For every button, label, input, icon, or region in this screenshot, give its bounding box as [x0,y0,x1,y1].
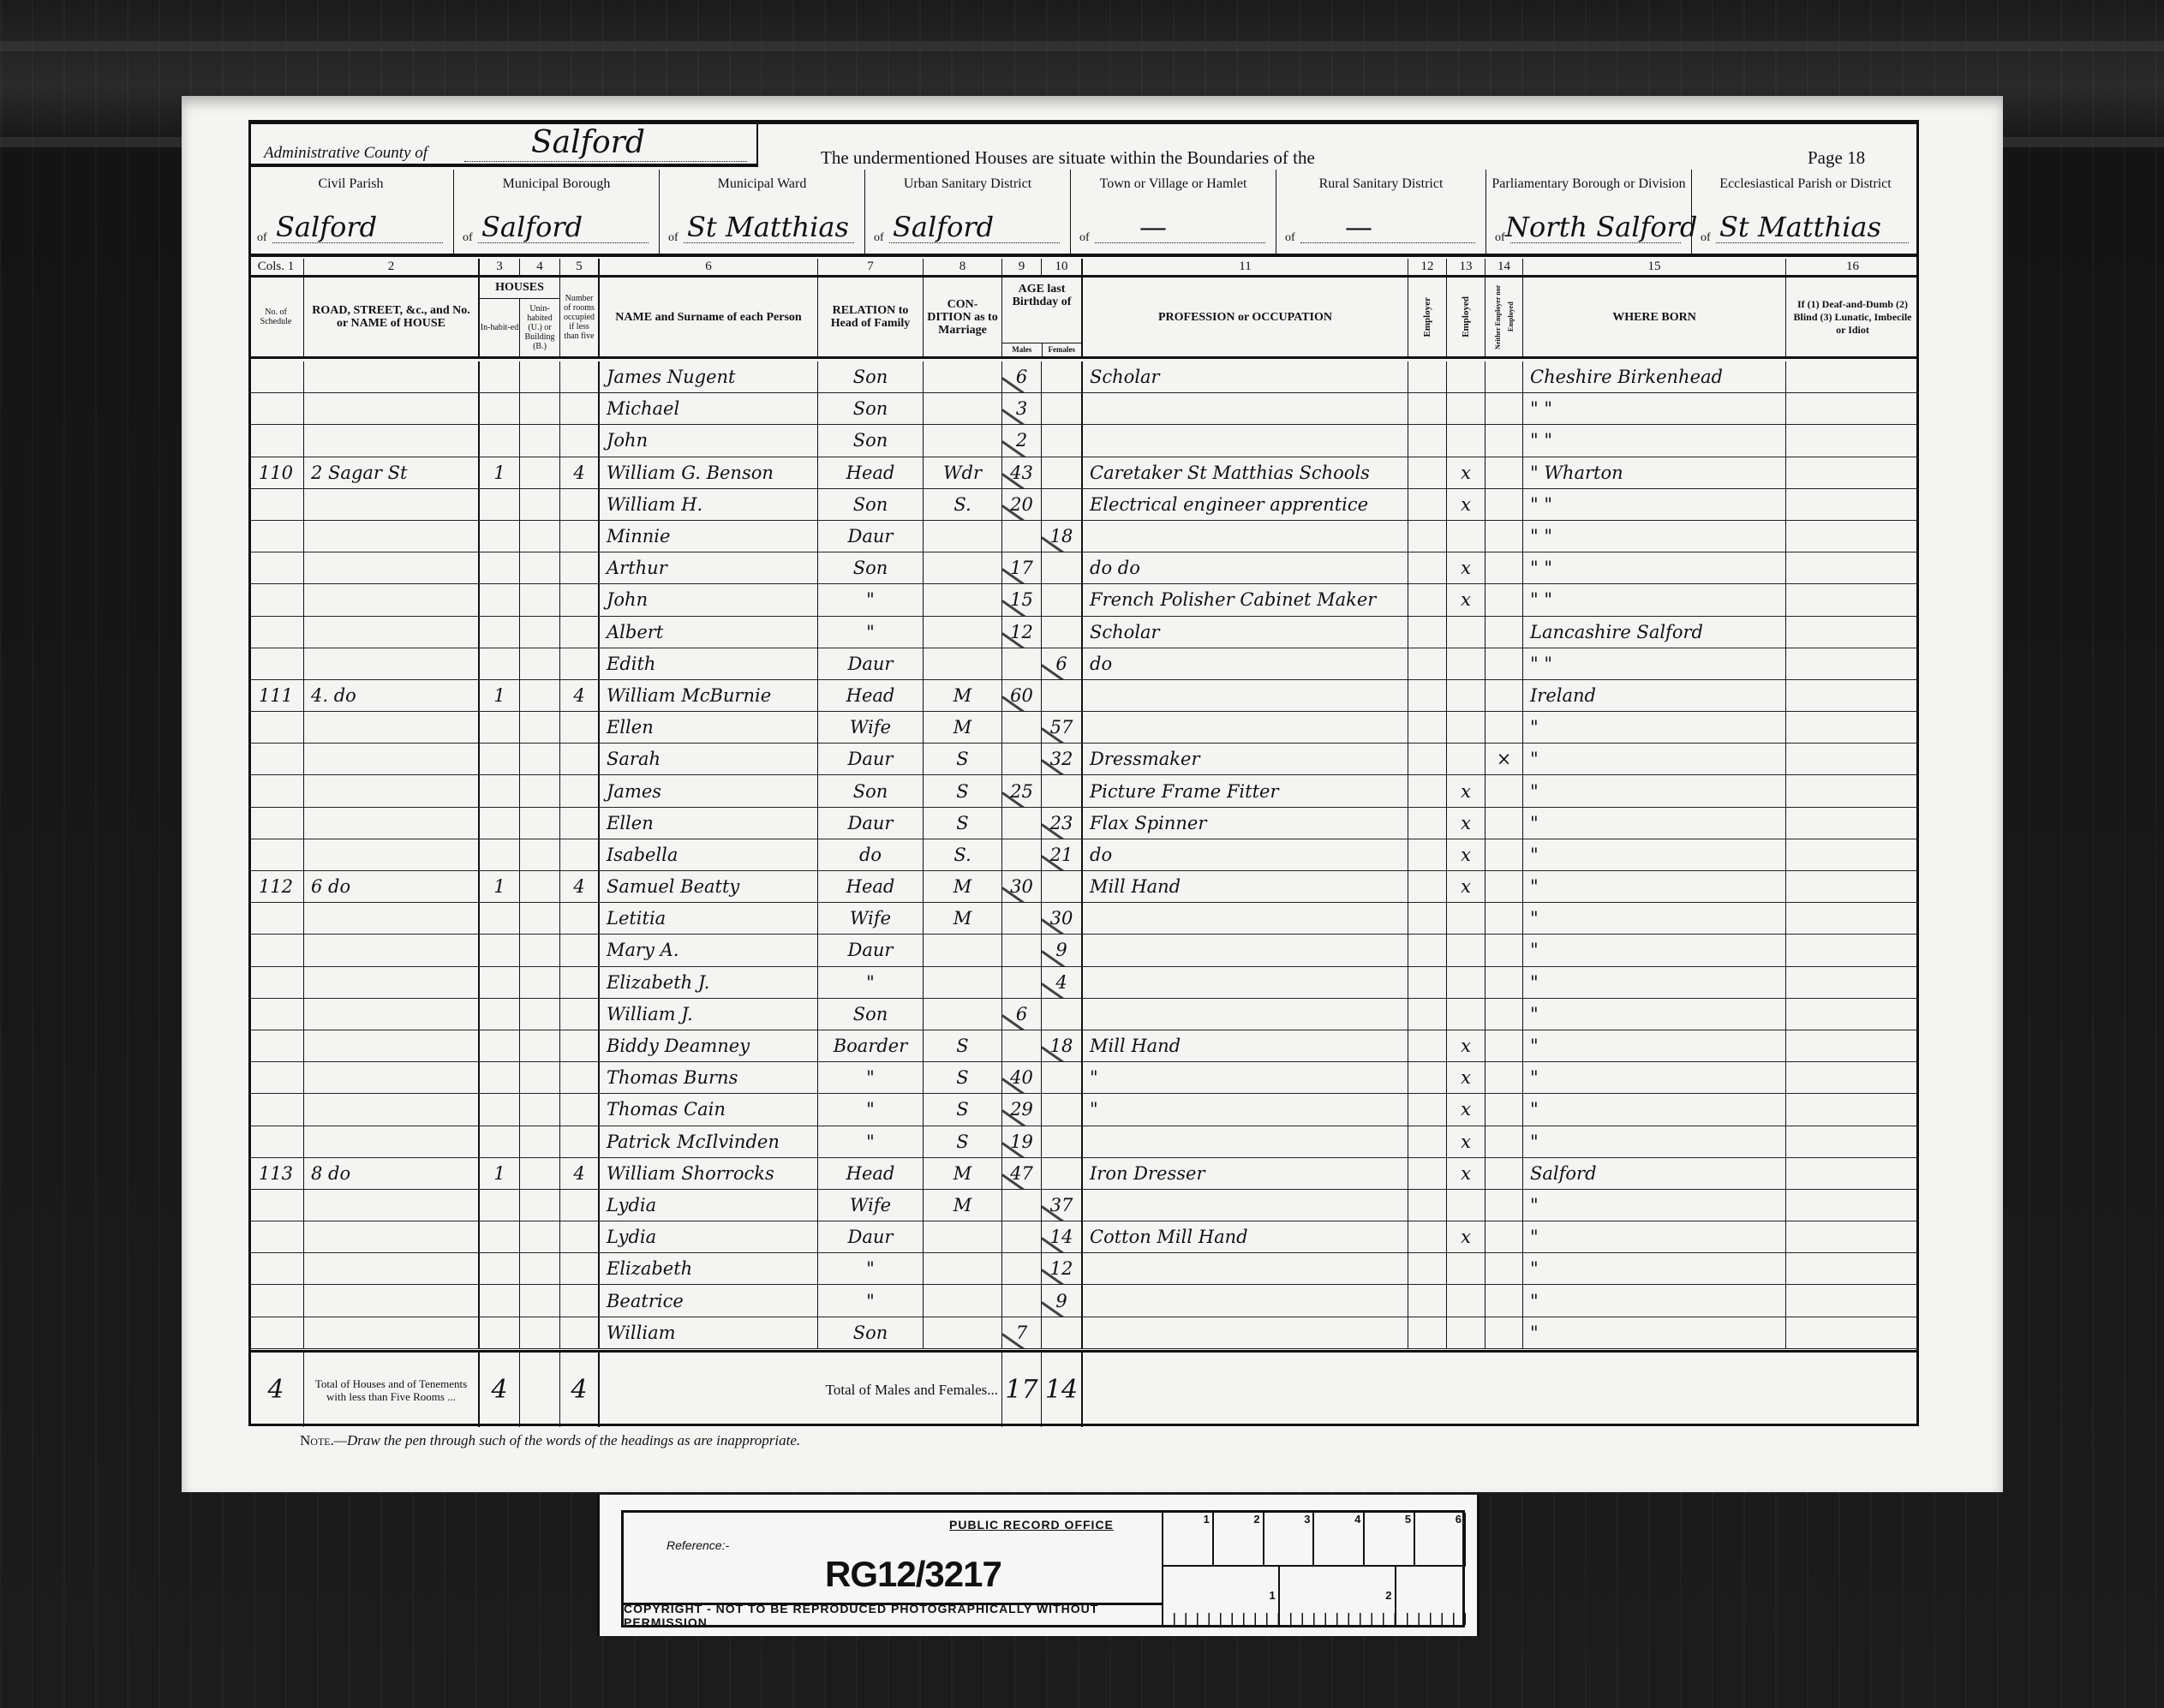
table-row: Beatrice"9" [248,1285,1919,1317]
condition-cell [924,1317,1002,1348]
tally-strike [1002,568,1042,583]
employed-cell [1447,712,1486,743]
age-female-cell: 23 [1042,808,1083,839]
infirmity-cell [1786,999,1919,1030]
neither-cell [1486,1094,1523,1125]
occupation-cell [1083,1126,1408,1157]
uninhabited-cell [520,1285,560,1316]
where-born-cell: " [1523,712,1786,743]
name-cell: Isabella [600,839,818,870]
age-female-cell [1042,680,1083,711]
relation-cell: Son [818,361,924,392]
district-of: of [1285,231,1295,245]
infirmity-cell [1786,935,1919,965]
occupation-cell: Mill Hand [1083,1030,1408,1061]
relation-cell: Son [818,425,924,456]
name-cell: James [600,775,818,806]
condition-cell: M [924,1190,1002,1221]
relation-cell: Son [818,1317,924,1348]
employer-cell [1408,967,1447,998]
employer-cell [1408,999,1447,1030]
employer-cell [1408,935,1447,965]
occupation-cell: Electrical engineer apprentice [1083,489,1408,520]
schedule-cell [248,1126,304,1157]
age-male-cell: 30 [1002,871,1042,902]
age-male-cell: 15 [1002,584,1042,615]
col-num: 16 [1786,259,1919,275]
reference-label: PUBLIC RECORD OFFICE Reference:- RG12/32… [597,1495,1480,1636]
road-cell [304,1190,480,1221]
table-row: Elizabeth J."4" [248,967,1919,999]
condition-cell [924,393,1002,424]
occupation-cell: Caretaker St Matthias Schools [1083,457,1408,488]
relation-cell: Head [818,1158,924,1189]
rooms-cell [560,489,600,520]
table-row: SarahDaurS32Dressmaker×" [248,744,1919,775]
schedule-cell: 113 [248,1158,304,1189]
employed-cell [1447,361,1486,392]
age-female-cell: 9 [1042,1285,1083,1316]
inhabited-cell [480,521,520,552]
schedule-cell [248,584,304,615]
rooms-cell: 4 [560,457,600,488]
tally-strike [1002,791,1042,807]
where-born-cell: " [1523,775,1786,806]
reference-word: Reference:- [667,1538,729,1552]
road-cell: 2 Sagar St [304,457,480,488]
tally-strike [1042,823,1083,839]
heading-age-label: AGE last Birthday of [1004,283,1079,308]
infirmity-cell [1786,393,1919,424]
neither-cell [1486,552,1523,583]
age-male-cell: 2 [1002,425,1042,456]
tally-strike [1002,887,1042,902]
where-born-cell: " " [1523,552,1786,583]
total-males: 17 [1002,1353,1042,1427]
tally-strike [1042,1046,1083,1061]
employed-cell [1447,617,1486,648]
table-row: EllenWifeM57" [248,712,1919,744]
condition-cell: Wdr [924,457,1002,488]
employer-cell [1408,1317,1447,1348]
occupation-cell: Picture Frame Fitter [1083,775,1408,806]
name-cell: Michael [600,393,818,424]
rooms-cell [560,1030,600,1061]
infirmity-cell [1786,1062,1919,1093]
condition-cell [924,1285,1002,1316]
relation-cell: Daur [818,648,924,679]
relation-cell: Wife [818,903,924,934]
neither-cell [1486,361,1523,392]
road-cell [304,712,480,743]
infirmity-cell [1786,839,1919,870]
uninhabited-cell [520,584,560,615]
inhabited-cell [480,1062,520,1093]
where-born-cell: " [1523,1094,1786,1125]
name-cell: Lydia [600,1221,818,1252]
infirmity-cell [1786,552,1919,583]
age-female-cell [1042,393,1083,424]
uninhabited-cell [520,1221,560,1252]
where-born-cell: " " [1523,489,1786,520]
inhabited-cell [480,361,520,392]
table-row: 1138 do14William ShorrocksHeadM47Iron Dr… [248,1158,1919,1190]
rooms-cell [560,425,600,456]
heading-females: Females [1043,343,1082,356]
road-cell [304,1253,480,1284]
neither-cell [1486,1221,1523,1252]
employed-cell [1447,393,1486,424]
neither-cell [1486,1253,1523,1284]
footnote-prefix: Note. [300,1432,334,1448]
uninhabited-cell [520,967,560,998]
name-cell: William McBurnie [600,680,818,711]
road-cell [304,1094,480,1125]
employer-cell [1408,361,1447,392]
name-cell: William [600,1317,818,1348]
infirmity-cell [1786,903,1919,934]
heading-houses: HOUSES In-habit-ed Unin-habited (U.) or … [480,278,560,356]
age-female-cell [1042,361,1083,392]
table-row: LydiaDaur14Cotton Mill Handx" [248,1221,1919,1253]
road-cell [304,775,480,806]
relation-cell: " [818,617,924,648]
employed-cell: x [1447,871,1486,902]
infirmity-cell [1786,967,1919,998]
relation-cell: Daur [818,1221,924,1252]
uninhabited-cell [520,617,560,648]
rooms-cell [560,808,600,839]
tally-strike [1042,664,1083,679]
age-female-cell: 18 [1042,1030,1083,1061]
inhabited-cell [480,1285,520,1316]
employer-cell [1408,1030,1447,1061]
district-value: Salford [276,211,377,243]
district-label: Civil Parish [248,176,453,191]
road-cell [304,935,480,965]
employer-cell [1408,584,1447,615]
road-cell: 6 do [304,871,480,902]
infirmity-cell [1786,1126,1919,1157]
occupation-cell: Flax Spinner [1083,808,1408,839]
neither-cell [1486,521,1523,552]
rooms-cell [560,935,600,965]
table-row: Mary A.Daur9" [248,935,1919,966]
ruler-mark: 1 [1163,1567,1280,1625]
name-cell: Lydia [600,1190,818,1221]
ruler-mark [1396,1567,1466,1625]
inhabited-cell [480,1221,520,1252]
neither-cell [1486,489,1523,520]
inhabited-cell [480,552,520,583]
employed-cell [1447,999,1486,1030]
occupation-cell: Cotton Mill Hand [1083,1221,1408,1252]
table-row: WilliamSon7" [248,1317,1919,1349]
where-born-cell: " " [1523,425,1786,456]
rooms-cell: 4 [560,871,600,902]
uninhabited-cell [520,680,560,711]
rooms-cell: 4 [560,680,600,711]
condition-cell [924,552,1002,583]
rooms-cell [560,1062,600,1093]
road-cell [304,999,480,1030]
infirmity-cell [1786,808,1919,839]
employed-cell: x [1447,1094,1486,1125]
age-male-cell: 25 [1002,775,1042,806]
employed-cell [1447,1285,1486,1316]
occupation-cell [1083,1317,1408,1348]
age-female-cell [1042,1158,1083,1189]
schedule-cell [248,1190,304,1221]
occupation-cell [1083,680,1408,711]
schedule-cell [248,1317,304,1348]
condition-cell: M [924,871,1002,902]
table-row: JamesSonS25Picture Frame Fitterx" [248,775,1919,807]
heading-condition: CON-DITION as to Marriage [924,278,1002,356]
neither-cell [1486,775,1523,806]
district-label: Municipal Ward [660,176,864,191]
heading-neither: Neither Employer nor Employed [1486,278,1523,356]
district-of: of [668,231,678,245]
tally-strike [1042,1301,1083,1317]
infirmity-cell [1786,744,1919,774]
schedule-cell [248,648,304,679]
neither-cell [1486,1190,1523,1221]
district-town-village: Town or Village or Hamlet of — [1071,170,1276,255]
condition-cell [924,1253,1002,1284]
name-cell: Thomas Cain [600,1094,818,1125]
relation-cell: " [818,1126,924,1157]
road-cell [304,393,480,424]
district-municipal-borough: Municipal Borough of Salford [454,170,660,255]
uninhabited-cell [520,489,560,520]
table-row: Biddy DeamneyBoarderS18Mill Handx" [248,1030,1919,1062]
condition-cell: S [924,1126,1002,1157]
infirmity-cell [1786,775,1919,806]
total-schedules: 4 [248,1353,304,1427]
name-cell: John [600,425,818,456]
schedule-cell [248,393,304,424]
neither-cell [1486,1030,1523,1061]
employer-cell [1408,1221,1447,1252]
occupation-cell [1083,393,1408,424]
schedule-cell [248,1221,304,1252]
where-born-cell: " [1523,1190,1786,1221]
condition-cell: S [924,808,1002,839]
col-num: 11 [1083,259,1408,275]
age-female-cell: 14 [1042,1221,1083,1252]
tally-strike [1002,441,1042,457]
age-female-cell [1042,871,1083,902]
tally-strike [1002,473,1042,488]
tally-strike [1002,1014,1042,1030]
age-female-cell: 30 [1042,903,1083,934]
col-num: 14 [1486,259,1523,275]
age-male-cell: 17 [1002,552,1042,583]
uninhabited-cell [520,648,560,679]
name-cell: Sarah [600,744,818,774]
heading-employed: Employed [1447,278,1486,356]
employer-cell [1408,648,1447,679]
inhabited-cell [480,775,520,806]
district-row: Civil Parish of Salford Municipal Boroug… [248,170,1919,257]
road-cell [304,1285,480,1316]
total-uninhabited [520,1353,560,1427]
copyright-notice: COPYRIGHT - NOT TO BE REPRODUCED PHOTOGR… [624,1603,1162,1625]
heading-road: ROAD, STREET, &c., and No. or NAME of HO… [304,278,480,356]
road-cell [304,839,480,870]
rooms-cell [560,648,600,679]
district-value: North Salford [1505,211,1697,243]
employer-cell [1408,1190,1447,1221]
relation-cell: Daur [818,935,924,965]
inhabited-cell [480,839,520,870]
where-born-cell: Lancashire Salford [1523,617,1786,648]
col-num: 9 [1002,259,1042,275]
neither-cell [1486,712,1523,743]
employer-cell [1408,775,1447,806]
road-cell [304,425,480,456]
age-female-cell [1042,425,1083,456]
col-num: 8 [924,259,1002,275]
road-cell [304,744,480,774]
age-female-cell: 37 [1042,1190,1083,1221]
inhabited-cell [480,808,520,839]
schedule-cell [248,775,304,806]
schedule-cell [248,361,304,392]
heading-where-born: WHERE BORN [1523,278,1786,356]
relation-cell: Son [818,775,924,806]
neither-cell [1486,999,1523,1030]
tally-strike [1002,1174,1042,1189]
name-cell: Albert [600,617,818,648]
age-male-cell: 6 [1002,999,1042,1030]
rooms-cell [560,584,600,615]
col-num: 15 [1523,259,1786,275]
where-born-cell: " [1523,967,1786,998]
district-label: Municipal Borough [454,176,659,191]
uninhabited-cell [520,871,560,902]
infirmity-cell [1786,712,1919,743]
name-cell: Elizabeth [600,1253,818,1284]
age-female-cell: 4 [1042,967,1083,998]
uninhabited-cell [520,1317,560,1348]
schedule-cell [248,712,304,743]
where-born-cell: " [1523,1030,1786,1061]
totals-row: 4 Total of Houses and of Tenements with … [248,1350,1919,1427]
occupation-cell: " [1083,1062,1408,1093]
employed-cell: x [1447,457,1486,488]
neither-cell [1486,871,1523,902]
table-row: JohnSon2" " [248,425,1919,457]
name-cell: Samuel Beatty [600,871,818,902]
relation-cell: Son [818,999,924,1030]
rooms-cell [560,552,600,583]
table-row: William J.Son6" [248,999,1919,1030]
heading-inhabited: In-habit-ed [480,299,520,356]
neither-cell [1486,680,1523,711]
employer-cell [1408,552,1447,583]
uninhabited-cell [520,808,560,839]
where-born-cell: " " [1523,521,1786,552]
infirmity-cell [1786,1158,1919,1189]
name-cell: Letitia [600,903,818,934]
schedule-cell [248,839,304,870]
relation-cell: Head [818,457,924,488]
employer-cell [1408,744,1447,774]
condition-cell: S [924,744,1002,774]
occupation-cell: do do [1083,552,1408,583]
rooms-cell [560,617,600,648]
occupation-cell: Mill Hand [1083,871,1408,902]
boundary-text: The undermentioned Houses are situate wi… [821,147,1315,169]
where-born-cell: " " [1523,584,1786,615]
employed-cell: x [1447,839,1486,870]
where-born-cell: " " [1523,648,1786,679]
condition-cell: M [924,712,1002,743]
road-cell [304,552,480,583]
admin-county-box: Administrative County of Salford [248,120,758,167]
schedule-cell: 112 [248,871,304,902]
schedule-cell: 110 [248,457,304,488]
tally-strike [1002,505,1042,520]
employed-cell [1447,935,1486,965]
relation-cell: Son [818,552,924,583]
heading-occupation: PROFESSION or OCCUPATION [1083,278,1408,356]
table-row: Albert"12ScholarLancashire Salford [248,617,1919,648]
district-civil-parish: Civil Parish of Salford [248,170,454,255]
neither-cell [1486,584,1523,615]
relation-cell: " [818,1094,924,1125]
employed-cell [1447,1190,1486,1221]
age-female-cell [1042,489,1083,520]
uninhabited-cell [520,552,560,583]
heading-houses-label: HOUSES [495,281,544,294]
rooms-cell [560,999,600,1030]
infirmity-cell [1786,1285,1919,1316]
infirmity-cell [1786,361,1919,392]
public-record-office: PUBLIC RECORD OFFICE [949,1518,1114,1532]
name-cell: Beatrice [600,1285,818,1316]
district-value: St Matthias [687,211,849,243]
condition-cell [924,648,1002,679]
name-cell: Patrick McIlvinden [600,1126,818,1157]
col-num: 13 [1447,259,1486,275]
total-females: 14 [1042,1353,1083,1427]
age-male-cell [1002,839,1042,870]
film-band [0,41,2164,51]
occupation-cell: Scholar [1083,617,1408,648]
age-female-cell [1042,1094,1083,1125]
col-num: 10 [1042,259,1083,275]
where-born-cell: Salford [1523,1158,1786,1189]
schedule-cell [248,1062,304,1093]
occupation-cell [1083,1190,1408,1221]
schedule-cell [248,552,304,583]
age-male-cell [1002,1253,1042,1284]
infirmity-cell [1786,521,1919,552]
road-cell [304,808,480,839]
district-value: Salford [893,211,994,243]
neither-cell [1486,617,1523,648]
age-male-cell: 12 [1002,617,1042,648]
tally-strike [1002,1110,1042,1126]
name-cell: Thomas Burns [600,1062,818,1093]
age-female-cell: 32 [1042,744,1083,774]
rooms-cell [560,967,600,998]
road-cell [304,1030,480,1061]
inhabited-cell [480,1190,520,1221]
